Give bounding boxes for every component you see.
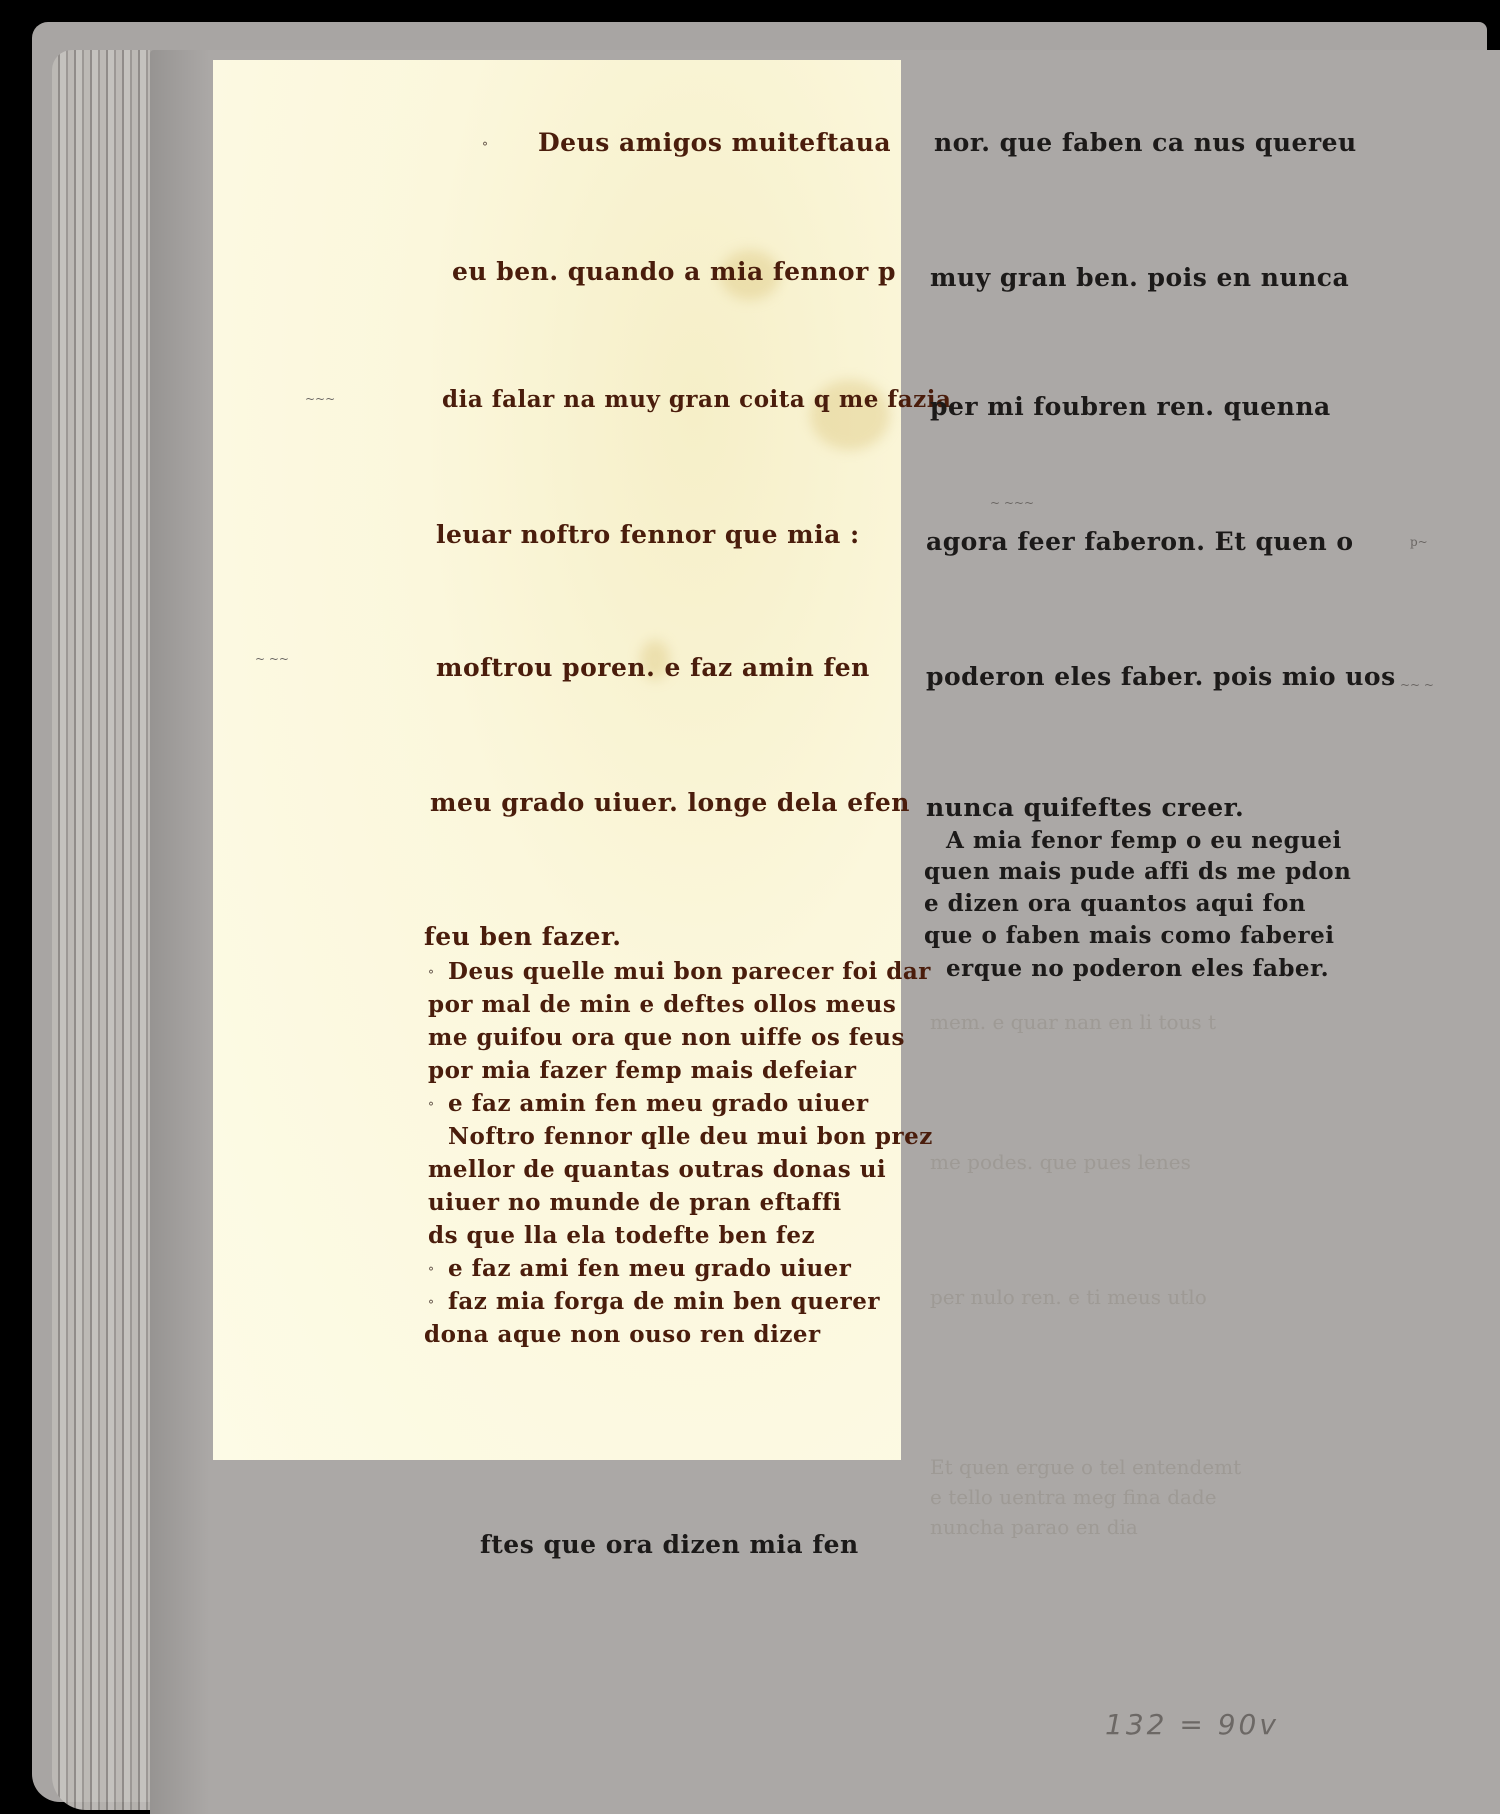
verse-line: por mal de min e deftes ollos meus <box>428 991 896 1018</box>
verse-line: faz mia forga de min ben querer <box>448 1288 880 1315</box>
show-through-text: Et quen ergue o tel entendemt <box>930 1455 1241 1479</box>
paragraph-mark: ° <box>428 1265 434 1279</box>
verse-line: erque no poderon eles faber. <box>946 955 1329 982</box>
paragraph-mark: ° <box>428 968 434 982</box>
marginal-note: p~ <box>1410 535 1428 549</box>
verse-line: por mia fazer femp mais defeiar <box>428 1057 857 1084</box>
show-through-text: nuncha parao en dia <box>930 1515 1138 1539</box>
stave-line-right-5: poderon eles faber. pois mio uos <box>926 662 1396 691</box>
stave-line-2: eu ben. quando a mia fennor p <box>452 257 896 286</box>
stave-line-1: Deus amigos muiteftaua <box>538 128 891 157</box>
stave-line-5: moftrou poren. e faz amin fen <box>436 653 870 682</box>
verse-line: dona aque non ouso ren dizer <box>424 1321 821 1348</box>
shelfmark-annotation: 132 = 90v <box>1105 1708 1279 1741</box>
stave-line-right-6: nunca quifeftes creer. <box>926 793 1244 822</box>
verse-line: ds que lla ela todefte ben fez <box>428 1222 815 1249</box>
show-through-text: e tello uentra meg fina dade <box>930 1485 1217 1509</box>
show-through-text: me podes. que pues lenes <box>930 1150 1191 1174</box>
stave-line-right-1: nor. que faben ca nus quereu <box>934 128 1357 157</box>
spine-shadow <box>150 50 210 1814</box>
marginal-note: ~~~ <box>305 392 335 406</box>
stave-line-right-3: per mi foubren ren. quenna <box>930 392 1331 421</box>
marginal-note: ~ ~~ <box>255 652 289 666</box>
marginal-note: ~ ~~~ <box>990 496 1034 510</box>
marginal-note: ~~ ~ <box>1400 678 1434 692</box>
stave-line-right-2: muy gran ben. pois en nunca <box>930 263 1349 292</box>
paragraph-mark: ° <box>428 1100 434 1114</box>
show-through-text: per nulo ren. e ti meus utlo <box>930 1285 1207 1309</box>
verse-line: Noftro fennor qlle deu mui bon prez <box>448 1123 933 1150</box>
stave-line-right-4: agora feer faberon. Et quen o <box>926 527 1354 556</box>
verse-line: mellor de quantas outras donas ui <box>428 1156 886 1183</box>
verse-line: quen mais pude affi ds me pdon <box>924 858 1351 885</box>
verse-line: e faz amin fen meu grado uiuer <box>448 1090 869 1117</box>
verse-line: e faz ami fen meu grado uiuer <box>448 1255 851 1282</box>
verse-line: que o faben mais como faberei <box>924 922 1335 949</box>
verse-line: Deus quelle mui bon parecer foi dar <box>448 958 931 985</box>
paragraph-mark: ° <box>482 140 488 154</box>
stave-line-4: leuar noftro fennor que mia : <box>436 520 860 549</box>
stave-line-6: meu grado uiuer. longe dela efen <box>430 788 910 817</box>
page-edges <box>52 50 162 1810</box>
verse-line: me guifou ora que non uiffe os feus <box>428 1024 905 1051</box>
paragraph-mark: ° <box>428 1298 434 1312</box>
verse-line: A mia fenor femp o eu neguei <box>946 827 1342 854</box>
bottom-stave-line: ftes que ora dizen mia fen <box>480 1530 859 1559</box>
verse-line: uiuer no munde de pran eftaffi <box>428 1189 842 1216</box>
verse-line: e dizen ora quantos aqui fon <box>924 890 1306 917</box>
stave-line-3: dia falar na muy gran coita q me fazia <box>442 386 951 413</box>
show-through-text: mem. e quar nan en li tous t <box>930 1010 1216 1034</box>
stave-line-7: feu ben fazer. <box>424 922 621 951</box>
